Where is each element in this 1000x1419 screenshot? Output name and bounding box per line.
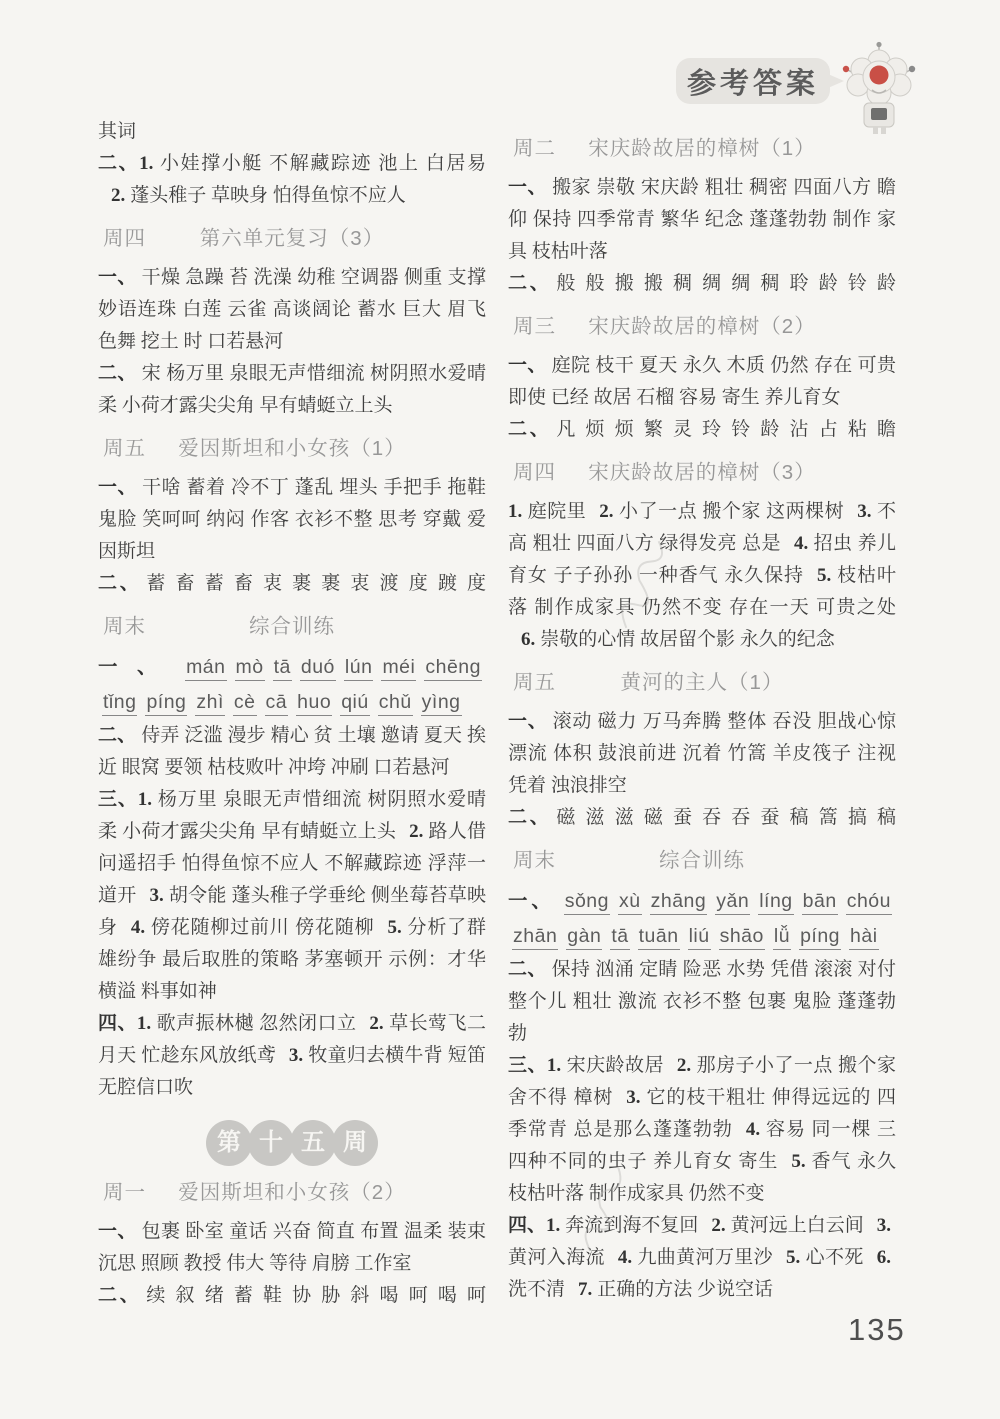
left-column: 其词二、1.小娃撑小艇 不解藏踪迹 池上 白居易2.蓬头稚子 草映身 怕得鱼惊不… [98, 116, 486, 1312]
section-title: 爱因斯坦和小女孩（2） [98, 1178, 486, 1208]
pinyin-syllable: tā [610, 924, 629, 950]
answer-text: 奔流到海不复回 [565, 1215, 698, 1236]
section-heading: 周五爱因斯坦和小女孩（1） [98, 434, 486, 464]
answer-marker: 二、 [98, 363, 137, 384]
answer-marker: 二、 [508, 419, 551, 440]
answer-text: 正确的方法 少说空话 [597, 1279, 773, 1300]
pinyin-syllable: qiú [340, 690, 370, 716]
answer-text: 庭院里 [527, 501, 586, 522]
answer-text: 黄河远上白云间 [731, 1215, 864, 1236]
answer-paragraph: 一、搬家 崇敬 宋庆龄 粗壮 稠密 四面八方 瞻仰 保持 四季常青 繁华 纪念 … [508, 172, 896, 268]
answer-marker: 二、 [98, 1285, 141, 1306]
pinyin-syllable: hài [849, 924, 879, 950]
week-label: 周末 [513, 846, 556, 876]
answer-text: 小了一点 搬个家 这两棵树 [619, 501, 845, 522]
answer-text: 干燥 急躁 苔 洗澡 幼稚 空调器 侧重 支撑 妙语连珠 白莲 云雀 高谈阔论 … [98, 267, 486, 352]
answer-marker: 2. [369, 1013, 383, 1034]
badge-circle: 五 [290, 1120, 336, 1166]
answer-paragraph: 四、1.奔流到海不复回2.黄河远上白云间3.黄河入海流4.九曲黄河万里沙5.心不… [508, 1210, 896, 1306]
answer-text: 保持 汹涌 定睛 险恶 水势 凭借 滚滚 对付 整个儿 粗壮 激流 衣衫不整 包… [508, 959, 896, 1044]
section-heading: 周末综合训练 [508, 846, 896, 876]
pinyin-line: 一、sǒngxùzhāngyǎnlíngbānchóuzhāngàntātuān… [508, 884, 896, 954]
answer-marker: 5. [817, 565, 831, 586]
pinyin-syllable: líng [758, 889, 793, 915]
answer-paragraph: 二、侍弄 泛滥 漫步 精心 贫 土壤 邀请 夏天 挨近 眼窝 要领 枯枝败叶 冲… [98, 720, 486, 784]
section-title: 宋庆龄故居的樟树（2） [508, 312, 896, 342]
pinyin-syllable: shāo [719, 924, 765, 950]
section-title: 宋庆龄故居的樟树（1） [508, 134, 896, 164]
right-column: 周二宋庆龄故居的樟树（1）一、搬家 崇敬 宋庆龄 粗壮 稠密 四面八方 瞻仰 保… [508, 122, 896, 1306]
pinyin-syllable: méi [381, 655, 416, 681]
answer-text: 其词 [98, 121, 136, 142]
answer-marker: 4. [618, 1247, 632, 1268]
badge-circle: 十 [248, 1120, 294, 1166]
answer-paragraph: 一、滚动 磁力 万马奔腾 整体 吞没 胆战心惊 漂流 体积 鼓浪前进 沉着 竹篙… [508, 706, 896, 802]
week-label: 周末 [103, 612, 146, 642]
answer-paragraph: 1.庭院里2.小了一点 搬个家 这两棵树3.不高 粗壮 四面八方 绿得发亮 总是… [508, 496, 896, 656]
answer-text: 小娃撑小艇 不解藏踪迹 池上 白居易 [158, 153, 486, 174]
answer-marker: 一、 [508, 355, 547, 376]
answer-marker: 二、1. [98, 153, 153, 174]
answer-marker: 二、 [508, 959, 547, 980]
answer-paragraph: 二、保持 汹涌 定睛 险恶 水势 凭借 滚滚 对付 整个儿 粗壮 激流 衣衫不整… [508, 954, 896, 1050]
answer-text: 包裹 卧室 童话 兴奋 简直 布置 温柔 装束 沉思 照顾 教授 伟大 等待 肩… [98, 1221, 486, 1274]
answer-marker: 3. [857, 501, 871, 522]
answer-text: 心不死 [805, 1247, 863, 1268]
section-title: 爱因斯坦和小女孩（1） [98, 434, 486, 464]
answer-paragraph: 二、1.小娃撑小艇 不解藏踪迹 池上 白居易2.蓬头稚子 草映身 怕得鱼惊不应人 [98, 148, 486, 212]
answer-paragraph: 二、磁 滋 滋 磁 蚕 吞 吞 蚕 稿 篙 搞 稿 [508, 802, 896, 834]
answer-marker: 一、 [98, 1221, 137, 1242]
answer-paragraph: 一、包裹 卧室 童话 兴奋 简直 布置 温柔 装束 沉思 照顾 教授 伟大 等待… [98, 1216, 486, 1280]
pinyin-syllable: xù [618, 889, 642, 915]
answer-marker: 二、 [98, 573, 141, 594]
answer-marker: 四、1. [508, 1215, 560, 1236]
answers-header-bubble: 参考答案 [676, 58, 830, 104]
answer-marker: 三、1. [508, 1055, 561, 1076]
answer-text: 九曲黄河万里沙 [637, 1247, 773, 1268]
answer-marker: 5. [786, 1247, 800, 1268]
pinyin-syllable: cè [233, 690, 257, 716]
answer-marker: 7. [578, 1279, 592, 1300]
pinyin-syllable: mò [235, 655, 265, 681]
answer-marker: 6. [877, 1247, 891, 1268]
answer-marker: 一、 [98, 657, 176, 678]
section-heading: 周二宋庆龄故居的樟树（1） [508, 134, 896, 164]
answer-paragraph: 一、庭院 枝干 夏天 永久 木质 仍然 存在 可贵 即使 已经 故居 石榴 容易… [508, 350, 896, 414]
answer-marker: 一、 [508, 891, 555, 912]
pinyin-syllable: chēng [424, 655, 482, 681]
section-title: 综合训练 [508, 846, 896, 876]
section-title: 第六单元复习（3） [98, 224, 486, 254]
answer-paragraph: 二、蓄 畜 蓄 畜 衷 裹 裹 衷 渡 度 踱 度 [98, 568, 486, 600]
answer-marker: 2. [677, 1055, 691, 1076]
pinyin-syllable: tā [273, 655, 292, 681]
answer-text: 洗不清 [508, 1279, 565, 1300]
pinyin-line: 一、mánmòtāduólúnméichēngtǐngpíngzhìcècāhu… [98, 650, 486, 720]
answer-text: 磁 滋 滋 磁 蚕 吞 吞 蚕 稿 篙 搞 稿 [556, 807, 896, 828]
pinyin-syllable: lǚ [773, 924, 791, 950]
answer-marker: 1. [508, 501, 522, 522]
week-label: 周五 [103, 434, 146, 464]
pinyin-syllable: bān [802, 889, 838, 915]
week-label: 周一 [103, 1178, 146, 1208]
pinyin-syllable: píng [799, 924, 841, 950]
answer-marker: 5. [791, 1151, 805, 1172]
answer-paragraph: 二、凡 烦 烦 繁 灵 玲 铃 龄 沾 占 粘 瞻 [508, 414, 896, 446]
pinyin-syllable: chóu [846, 889, 892, 915]
answer-text: 宋庆龄故居 [566, 1055, 664, 1076]
answer-marker: 3. [289, 1045, 303, 1066]
answer-text: 凡 烦 烦 繁 灵 玲 铃 龄 沾 占 粘 瞻 [556, 419, 896, 440]
answer-marker: 四、1. [98, 1013, 151, 1034]
answer-text: 续 叙 绪 蓄 鞋 协 胁 斜 喝 呵 喝 呵 [146, 1285, 486, 1306]
answer-marker: 3. [877, 1215, 891, 1236]
answer-text: 蓄 畜 蓄 畜 衷 裹 裹 衷 渡 度 踱 度 [146, 573, 486, 594]
pinyin-syllable: tǐng [102, 690, 137, 716]
answer-marker: 二、 [508, 273, 551, 294]
page-title: 参考答案 [687, 61, 819, 102]
section-heading: 周末综合训练 [98, 612, 486, 642]
answer-text: 侍弄 泛滥 漫步 精心 贫 土壤 邀请 夏天 挨近 眼窝 要领 枯枝败叶 冲垮 … [98, 725, 486, 778]
pinyin-syllable: zhān [512, 924, 558, 950]
answer-marker: 4. [746, 1119, 760, 1140]
week-label: 周四 [513, 458, 556, 488]
answer-marker: 一、 [508, 711, 548, 732]
pinyin-syllable: sǒng [564, 889, 610, 915]
answer-text: 黄河入海流 [508, 1247, 605, 1268]
answer-text: 搬家 崇敬 宋庆龄 粗壮 稠密 四面八方 瞻仰 保持 四季常青 繁华 纪念 蓬蓬… [508, 177, 896, 262]
section-heading: 周四第六单元复习（3） [98, 224, 486, 254]
pinyin-syllable: zhāng [650, 889, 708, 915]
answer-paragraph: 二、般 般 搬 搬 稠 绸 绸 稠 聆 龄 铃 龄 [508, 268, 896, 300]
pinyin-syllable: tuān [638, 924, 680, 950]
week-label: 周四 [103, 224, 146, 254]
answer-marker: 4. [131, 917, 145, 938]
answer-marker: 2. [409, 821, 423, 842]
answer-text: 般 般 搬 搬 稠 绸 绸 稠 聆 龄 铃 龄 [556, 273, 896, 294]
answer-text: 宋 杨万里 泉眼无声惜细流 树阴照水爱晴柔 小荷才露尖尖角 早有蜻蜓立上头 [98, 363, 486, 416]
pinyin-syllable: duó [300, 655, 336, 681]
answer-text: 庭院 枝干 夏天 永久 木质 仍然 存在 可贵 即使 已经 故居 石榴 容易 寄… [508, 355, 896, 408]
answer-paragraph: 二、续 叙 绪 蓄 鞋 协 胁 斜 喝 呵 喝 呵 [98, 1280, 486, 1312]
week-badge: 第十五周 [98, 1120, 486, 1166]
answer-text: 蓬头稚子 草映身 怕得鱼惊不应人 [130, 185, 406, 206]
badge-circle: 周 [332, 1120, 378, 1166]
section-title: 综合训练 [98, 612, 486, 642]
page-number: 135 [848, 1312, 906, 1348]
answer-marker: 一、 [508, 177, 547, 198]
section-title: 黄河的主人（1） [508, 668, 896, 698]
answer-paragraph: 二、宋 杨万里 泉眼无声惜细流 树阴照水爱晴柔 小荷才露尖尖角 早有蜻蜓立上头 [98, 358, 486, 422]
section-heading: 周一爱因斯坦和小女孩（2） [98, 1178, 486, 1208]
answer-marker: 6. [521, 629, 535, 650]
answer-marker: 2. [111, 185, 125, 206]
week-label: 周五 [513, 668, 556, 698]
answer-marker: 4. [794, 533, 808, 554]
answer-marker: 3. [149, 885, 163, 906]
answer-marker: 三、1. [98, 789, 152, 810]
pinyin-syllable: píng [145, 690, 187, 716]
answer-paragraph: 三、1.宋庆龄故居2.那房子小了一点 搬个家 舍不得 樟树3.它的枝干粗壮 伸得… [508, 1050, 896, 1210]
pinyin-syllable: huo [296, 690, 332, 716]
answer-text: 傍花随柳过前川 傍花随柳 [150, 917, 374, 938]
answer-text: 崇敬的心情 故居留个影 永久的纪念 [540, 629, 835, 650]
answer-marker: 二、 [98, 725, 136, 746]
answer-marker: 二、 [508, 807, 551, 828]
answer-paragraph: 三、1.杨万里 泉眼无声惜细流 树阴照水爱晴柔 小荷才露尖尖角 早有蜻蜓立上头2… [98, 784, 486, 1008]
answer-paragraph: 四、1.歌声振林樾 忽然闭口立2.草长莺飞二月天 忙趁东风放纸鸢3.牧童归去横牛… [98, 1008, 486, 1104]
pinyin-syllable: gàn [566, 924, 602, 950]
pinyin-syllable: cā [265, 690, 289, 716]
pinyin-syllable: yìng [421, 690, 462, 716]
week-label: 周二 [513, 134, 556, 164]
answer-key-page: 参考答案 其词二、1 [0, 0, 1000, 1419]
pinyin-syllable: liú [688, 924, 711, 950]
pinyin-syllable: mán [185, 655, 226, 681]
pinyin-syllable: yǎn [715, 889, 750, 915]
answer-marker: 2. [599, 501, 613, 522]
section-title: 宋庆龄故居的樟树（3） [508, 458, 896, 488]
pinyin-syllable: chǔ [378, 690, 413, 716]
answer-marker: 2. [711, 1215, 725, 1236]
answer-marker: 一、 [98, 267, 137, 288]
answer-paragraph: 一、干啥 蓄着 冷不丁 蓬乱 埋头 手把手 拖鞋 鬼脸 笑呵呵 纳闷 作客 衣衫… [98, 472, 486, 568]
pinyin-syllable: lún [344, 655, 374, 681]
badge-circle: 第 [206, 1120, 252, 1166]
week-label: 周三 [513, 312, 556, 342]
answer-paragraph: 一、干燥 急躁 苔 洗澡 幼稚 空调器 侧重 支撑 妙语连珠 白莲 云雀 高谈阔… [98, 262, 486, 358]
answer-paragraph: 其词 [98, 116, 486, 148]
answer-marker: 3. [626, 1087, 640, 1108]
answer-marker: 一、 [98, 477, 137, 498]
pinyin-syllable: zhì [195, 690, 225, 716]
section-heading: 周四宋庆龄故居的樟树（3） [508, 458, 896, 488]
answer-marker: 5. [387, 917, 401, 938]
section-heading: 周五黄河的主人（1） [508, 668, 896, 698]
answer-text: 干啥 蓄着 冷不丁 蓬乱 埋头 手把手 拖鞋 鬼脸 笑呵呵 纳闷 作客 衣衫不整… [98, 477, 486, 562]
answer-text: 滚动 磁力 万马奔腾 整体 吞没 胆战心惊 漂流 体积 鼓浪前进 沉着 竹篙 羊… [508, 711, 896, 796]
answer-text: 歌声振林樾 忽然闭口立 [156, 1013, 356, 1034]
section-heading: 周三宋庆龄故居的樟树（2） [508, 312, 896, 342]
